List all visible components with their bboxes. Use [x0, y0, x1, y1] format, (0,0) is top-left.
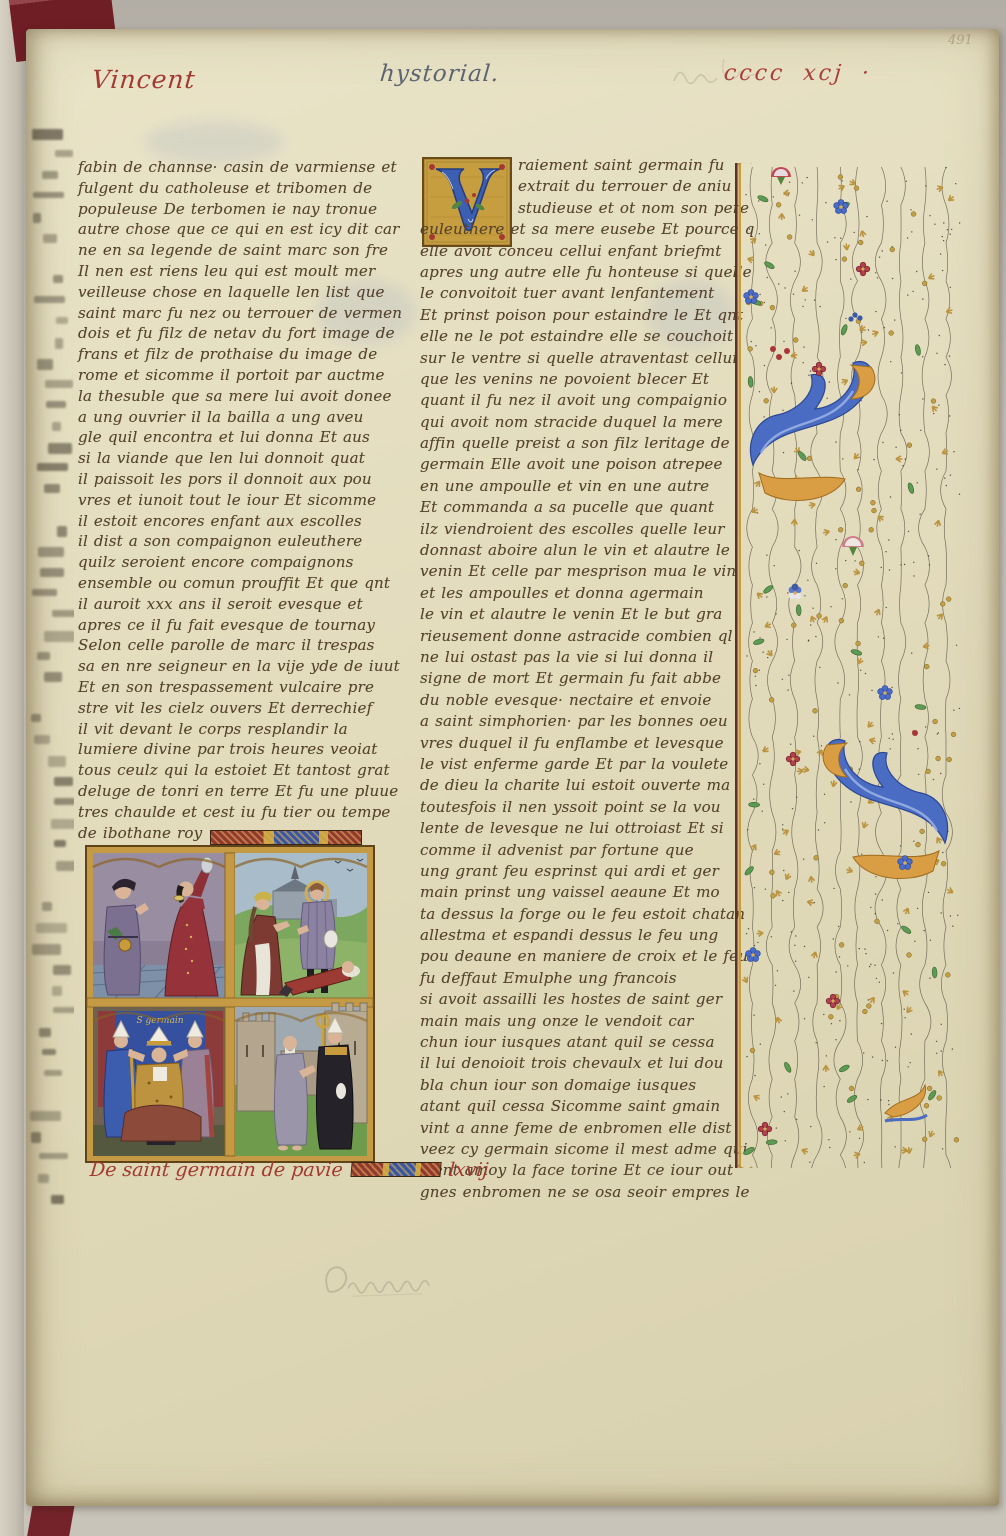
miniature-saint-germain: S germain	[85, 845, 375, 1163]
border-bar	[735, 163, 752, 1168]
gutter-text-mark	[44, 484, 60, 493]
text-line: extrait du terrouer de aniu	[420, 176, 756, 197]
text-line: comme il advenist par fortune que	[420, 840, 756, 861]
gutter-text-mark	[57, 526, 67, 537]
gutter-text-mark	[37, 359, 53, 371]
text-line: germain Elle avoit une poison atrepee	[420, 454, 756, 475]
scene-saint-and-dead-man	[235, 853, 367, 998]
text-line: chun iour iusques atant quil se cessa	[420, 1032, 756, 1053]
underlying-page-edge	[0, 0, 24, 1536]
gutter-text-mark	[54, 798, 74, 805]
gutter-text-mark	[39, 1028, 51, 1038]
gutter-text-mark	[43, 234, 57, 243]
gutter-text-mark	[30, 1111, 60, 1121]
gutter-text-mark	[54, 777, 73, 786]
text-line: de dieu la charite lui estoit ouverte ma	[420, 775, 756, 796]
gutter-text-mark	[32, 944, 61, 955]
text-line: tres chaulde et cest iu fu tier ou tempe	[78, 802, 412, 823]
text-line: que les venins ne povoient blecer Et	[420, 369, 756, 390]
gutter-text-mark	[52, 986, 62, 996]
text-line: il dist a son compaignon euleuthere	[78, 531, 412, 552]
text-line: si la viande que len lui donnoit quat	[78, 448, 412, 469]
text-line: ung grant feu esprinst qui ardi et ger	[420, 861, 756, 882]
text-line: Et prinst poison pour estaindre le Et qn…	[420, 305, 756, 326]
gutter-text-mark	[42, 171, 58, 179]
gutter-text-mark	[38, 1174, 49, 1183]
text-line: le vist enferme garde Et par la voulete	[420, 754, 756, 775]
gutter-text-mark	[52, 422, 60, 431]
text-line: a ung ouvrier il la bailla a ung aveu	[78, 407, 412, 428]
gutter-text-mark	[44, 672, 62, 682]
text-line: main mais ung onze le vendoit car	[420, 1011, 756, 1032]
column-lines: euleuthere et sa mere eusebe Et pource q…	[420, 219, 756, 1203]
text-line: gle quil encontra et lui donna Et aus	[78, 427, 412, 448]
gutter-text-mark	[51, 819, 74, 830]
text-line: raiement saint germain fu	[420, 155, 756, 176]
gutter-text-mark	[53, 965, 72, 975]
text-line: lumiere divine par trois heures veoiat	[78, 739, 412, 760]
text-line: fabin de channse· casin de varmiense et	[78, 157, 412, 178]
text-line: Selon celle parolle de marc il trespas	[78, 635, 412, 656]
text-line: quant il fu nez il avoit ung compaignio	[420, 390, 756, 411]
text-column-left: fabin de channse· casin de varmiense etf…	[78, 157, 412, 843]
text-line: quilz seroient encore compaignons	[78, 552, 412, 573]
gutter-text-mark	[44, 631, 74, 643]
text-line: ta dessus la forge ou le feu estoit chat…	[420, 904, 756, 925]
text-line: atant quil cessa Sicomme saint gmain	[420, 1096, 756, 1117]
text-line: frans et filz de prothaise du image de	[78, 344, 412, 365]
gutter-text-mark	[32, 129, 64, 140]
gutter-text-mark	[56, 861, 74, 871]
text-line: du noble evesque· nectaire et envoie	[420, 690, 756, 711]
gutter-text-mark	[48, 443, 72, 454]
rubric-text: De saint germain de pavie	[89, 1159, 344, 1181]
text-line: sa en nre seigneur en la vije yde de iuu…	[78, 656, 412, 677]
rubric-chapter-number: lxvij	[448, 1159, 489, 1181]
text-line: affin quelle preist a son filz leritage …	[420, 433, 756, 454]
gutter-text-mark	[33, 192, 64, 198]
gutter-text-mark	[31, 714, 41, 722]
text-line: ne lui ostast pas la vie si lui donna il	[420, 647, 756, 668]
text-line: Et commanda a sa pucelle que quant	[420, 497, 756, 518]
text-line: ensemble ou comun prouffit Et que qnt	[78, 573, 412, 594]
gutter-text-mark	[42, 902, 53, 911]
manuscript-page: Vincent hystorial. cccc xcj · 491 fabin …	[26, 29, 999, 1506]
gutter-text-mark	[56, 317, 68, 324]
initial-indented-lines: raiement saint germain fuextrait du terr…	[420, 155, 756, 219]
folio-number-modern: 491	[948, 33, 973, 48]
line-filler-ornament	[350, 1162, 441, 1177]
text-line: toutesfois il nen yssoit point se la vou	[420, 797, 756, 818]
text-line: ne en sa legende de saint marc son fre	[78, 240, 412, 261]
text-line: gnes enbromen ne se osa seoir empres le	[420, 1182, 756, 1203]
gutter-text-mark	[53, 1007, 74, 1013]
running-header-author: Vincent	[91, 65, 197, 94]
gutter-text-mark	[34, 735, 50, 744]
text-line: stre vit les cielz ouvers Et derrechief	[78, 698, 412, 719]
gutter-text-mark	[46, 401, 67, 408]
text-line: apres ung autre elle fu honteuse si quel…	[420, 262, 756, 283]
gutter-text-mark	[39, 1153, 68, 1159]
text-line: apres ce il fu fait evesque de tournay	[78, 615, 412, 636]
text-line: a saint simphorien· par les bonnes oeu	[420, 711, 756, 732]
text-line: venin Et celle par mesprison mua le vin	[420, 561, 756, 582]
text-line: pou deaune en maniere de croix et le feu	[420, 946, 756, 967]
text-line: lente de levesque ne lui ottroiast Et si	[420, 818, 756, 839]
text-column-right: raiement saint germain fuextrait du terr…	[420, 155, 756, 1203]
text-line: Il nen est riens leu qui est moult mer	[78, 261, 412, 282]
text-line: tous ceulz qui la estoiet Et tantost gra…	[78, 760, 412, 781]
gutter-text-mark	[37, 652, 50, 660]
gutter-text-mark	[40, 568, 65, 577]
scene-poison-interior	[93, 853, 225, 998]
text-line: allestma et espandi dessus le feu ung	[420, 925, 756, 946]
text-line: studieuse et ot nom son pere	[420, 198, 756, 219]
text-line: Et en son trespassement vulcaire pre	[78, 677, 412, 698]
text-line: rieusement donne astracide combien ql	[420, 626, 756, 647]
text-line: il estoit encores enfant aux escolles	[78, 511, 412, 532]
gutter-text-mark	[33, 213, 41, 223]
scene-bishop-castle	[235, 1003, 367, 1156]
gutter-text-mark	[42, 1049, 56, 1055]
gutter-text-mark	[45, 380, 73, 388]
text-line: et les ampoulles et donna agermain	[420, 583, 756, 604]
text-line: donnast aboire alun le vin et alautre le	[420, 540, 756, 561]
gutter-text-mark	[36, 923, 67, 933]
gutter-text-mark	[48, 756, 66, 767]
text-line: euleuthere et sa mere eusebe Et pource q	[420, 219, 756, 240]
text-line: sur le ventre si quelle atraventast cell…	[420, 348, 756, 369]
text-line: bla chun iour son domaige iusques	[420, 1075, 756, 1096]
gutter-text-mark	[34, 296, 64, 303]
text-line: vres duquel il fu enflambe et levesque	[420, 733, 756, 754]
text-line: deluge de tonri en terre Et fu une pluue	[78, 781, 412, 802]
illuminated-floral-border	[735, 163, 967, 1168]
gutter-showthrough	[26, 29, 74, 1506]
text-line: il auroit xxx ans il seroit evesque et	[78, 594, 412, 615]
text-line: il lui denoioit trois chevaulx et lui do…	[420, 1053, 756, 1074]
photograph-backdrop: Vincent hystorial. cccc xcj · 491 fabin …	[0, 0, 1006, 1536]
gutter-text-mark	[54, 840, 67, 847]
text-line: populeuse De terbomen ie nay tronue	[78, 199, 412, 220]
gutter-text-mark	[51, 1195, 64, 1204]
text-line: ilz viendroient des escolles quelle leur	[420, 519, 756, 540]
showthrough-inscription	[311, 1252, 463, 1309]
gutter-text-mark	[31, 1132, 40, 1143]
text-line: saint marc fu nez ou terrouer de vermen	[78, 303, 412, 324]
text-line: si avoit assailli les hostes de saint ge…	[420, 989, 756, 1010]
scene-consecration: S germain	[93, 1007, 225, 1156]
text-line: vint a anne feme de enbromen elle dist	[420, 1118, 756, 1139]
gold-column-divider	[225, 853, 235, 998]
text-line: la thesuble que sa mere lui avoit donee	[78, 386, 412, 407]
border-flowers	[743, 167, 927, 1156]
acanthus-cluster	[823, 730, 947, 879]
text-line: qui avoit nom stracide duquel la mere	[420, 412, 756, 433]
gutter-text-mark	[52, 610, 74, 617]
gutter-text-mark	[38, 547, 64, 557]
text-line: fu deffaut Emulphe ung francois	[420, 968, 756, 989]
text-line: fulgent du catholeuse et tribomen de	[78, 178, 412, 199]
text-line: main prinst ung vaissel aeaune Et mo	[420, 882, 756, 903]
text-line: il vit devant le corps resplandir la	[78, 719, 412, 740]
text-line: il paissoit les pors il donnoit aux pou	[78, 469, 412, 490]
rubric-caption: De saint germain de pavielxvij	[89, 1159, 489, 1181]
line-filler-ornament	[210, 830, 362, 845]
text-line: elle avoit conceu cellui enfant briefmt	[420, 241, 756, 262]
text-line: elle ne le pot estaindre elle se couchoi…	[420, 326, 756, 347]
gutter-text-mark	[55, 338, 64, 349]
gutter-text-mark	[44, 1070, 62, 1077]
text-line: veilleuse chose en laquelle len list que	[78, 282, 412, 303]
text-line: en une ampoulle et vin en une autre	[420, 476, 756, 497]
text-line: veez cy germain sicome il mest adme qui	[420, 1139, 756, 1160]
running-header-title: hystorial.	[379, 61, 501, 87]
text-line: dois et fu filz de netav du fort image d…	[78, 323, 412, 344]
gold-column-divider	[225, 1007, 235, 1156]
text-line: vres et iunoit tout le iour Et sicomme	[78, 490, 412, 511]
text-line: le convoitoit tuer avant lenfantement	[420, 283, 756, 304]
text-line: rome et sicomme il portoit par auctme	[78, 365, 412, 386]
gutter-text-mark	[32, 589, 57, 596]
text-line: le vin et alautre le venin Et le but gra	[420, 604, 756, 625]
folio-number-rubric: cccc xcj ·	[723, 61, 873, 86]
gutter-text-mark	[53, 275, 63, 282]
text-line: signe de mort Et germain fu fait abbe	[420, 668, 756, 689]
gutter-text-mark	[55, 150, 73, 157]
text-line: autre chose que ce qui en est icy dit ca…	[78, 219, 412, 240]
gutter-text-mark	[37, 463, 68, 470]
